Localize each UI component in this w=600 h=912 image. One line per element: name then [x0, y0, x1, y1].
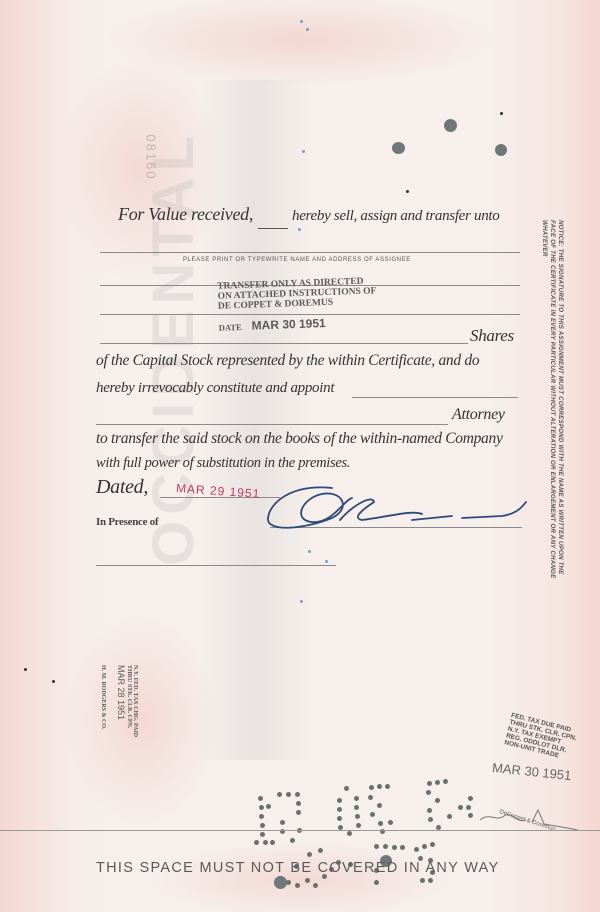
witness-line	[96, 565, 336, 566]
transfer-stamp: TRANSFER ONLY AS DIRECTED ON ATTACHED IN…	[217, 276, 378, 336]
ink-speck	[24, 668, 27, 671]
dated-label: Dated,	[96, 476, 148, 499]
signature-notice: NOTICE: THE SIGNATURE TO THIS ASSIGNMENT…	[540, 220, 564, 580]
attorney-label: Attorney	[452, 406, 505, 424]
attorney-blank-after-appoint	[352, 397, 518, 398]
attorney-line	[96, 424, 448, 425]
seller-blank-line	[258, 228, 288, 229]
side-stamp-line: N.Y. FED. TAX CHG. PAID	[132, 665, 138, 737]
tax-stamp: FED. TAX DUE PAID THRU STK. CLR. CPN. N.…	[504, 712, 579, 763]
for-value-received-text: For Value received,	[118, 204, 253, 225]
substitution-text: with full power of substitution in the p…	[96, 455, 350, 472]
shares-line	[100, 343, 468, 344]
ink-speck	[406, 190, 409, 193]
ink-speck	[325, 560, 328, 563]
assignee-line	[100, 252, 520, 253]
punch-hole	[392, 142, 405, 154]
hereby-sell-text: hereby sell, assign and transfer unto	[292, 208, 500, 225]
capital-stock-text: of the Capital Stock represented by the …	[96, 352, 479, 370]
side-tax-stamp: N.Y. FED. TAX CHG. PAID THRU STK. CLR. C…	[100, 665, 138, 737]
side-stamp-firm: H. M. RODGERS & CO.	[100, 665, 106, 737]
signature-ink	[262, 480, 532, 540]
transfer-stamp-date: MAR 30 1951	[251, 316, 325, 333]
ink-speck	[300, 20, 303, 23]
bleed-through-band	[200, 80, 310, 760]
ink-speck	[308, 550, 311, 553]
side-stamp-line: THRU STK. CLR. CPN.	[126, 665, 132, 737]
ink-speck	[302, 150, 305, 153]
certificate-number: 08160	[144, 134, 159, 180]
footer-warning: THIS SPACE MUST NOT BE COVERED IN ANY WA…	[96, 860, 500, 876]
transfer-stamp-date-label: DATE	[219, 322, 242, 333]
transfer-text: to transfer the said stock on the books …	[96, 430, 503, 448]
notice-text: THE SIGNATURE TO THIS ASSIGNMENT MUST CO…	[541, 220, 564, 578]
ink-speck	[52, 680, 55, 683]
notice-lead: NOTICE:	[557, 220, 564, 247]
side-stamp-date: MAR 28 1951	[116, 665, 126, 737]
assignee-caption: PLEASE PRINT OR TYPEWRITE NAME AND ADDRE…	[183, 257, 411, 263]
ink-speck	[500, 112, 503, 115]
punch-hole	[495, 144, 507, 156]
bleed-through-company-name: OCCIDENTAL	[140, 130, 207, 566]
presence-label: In Presence of	[96, 516, 158, 528]
tax-stamp-date: MAR 30 1951	[491, 760, 572, 783]
punch-hole	[444, 119, 457, 132]
irrevocably-text: hereby irrevocably constitute and appoin…	[96, 380, 334, 397]
stock-certificate-back: OCCIDENTAL 08160 For Value received, her…	[0, 0, 600, 912]
bottom-rule	[0, 830, 600, 831]
shares-label: Shares	[470, 326, 514, 346]
ink-speck	[306, 28, 309, 31]
punch-hole	[274, 876, 287, 889]
ink-speck	[300, 600, 303, 603]
ink-speck	[298, 228, 301, 231]
ink-speck	[310, 360, 313, 363]
